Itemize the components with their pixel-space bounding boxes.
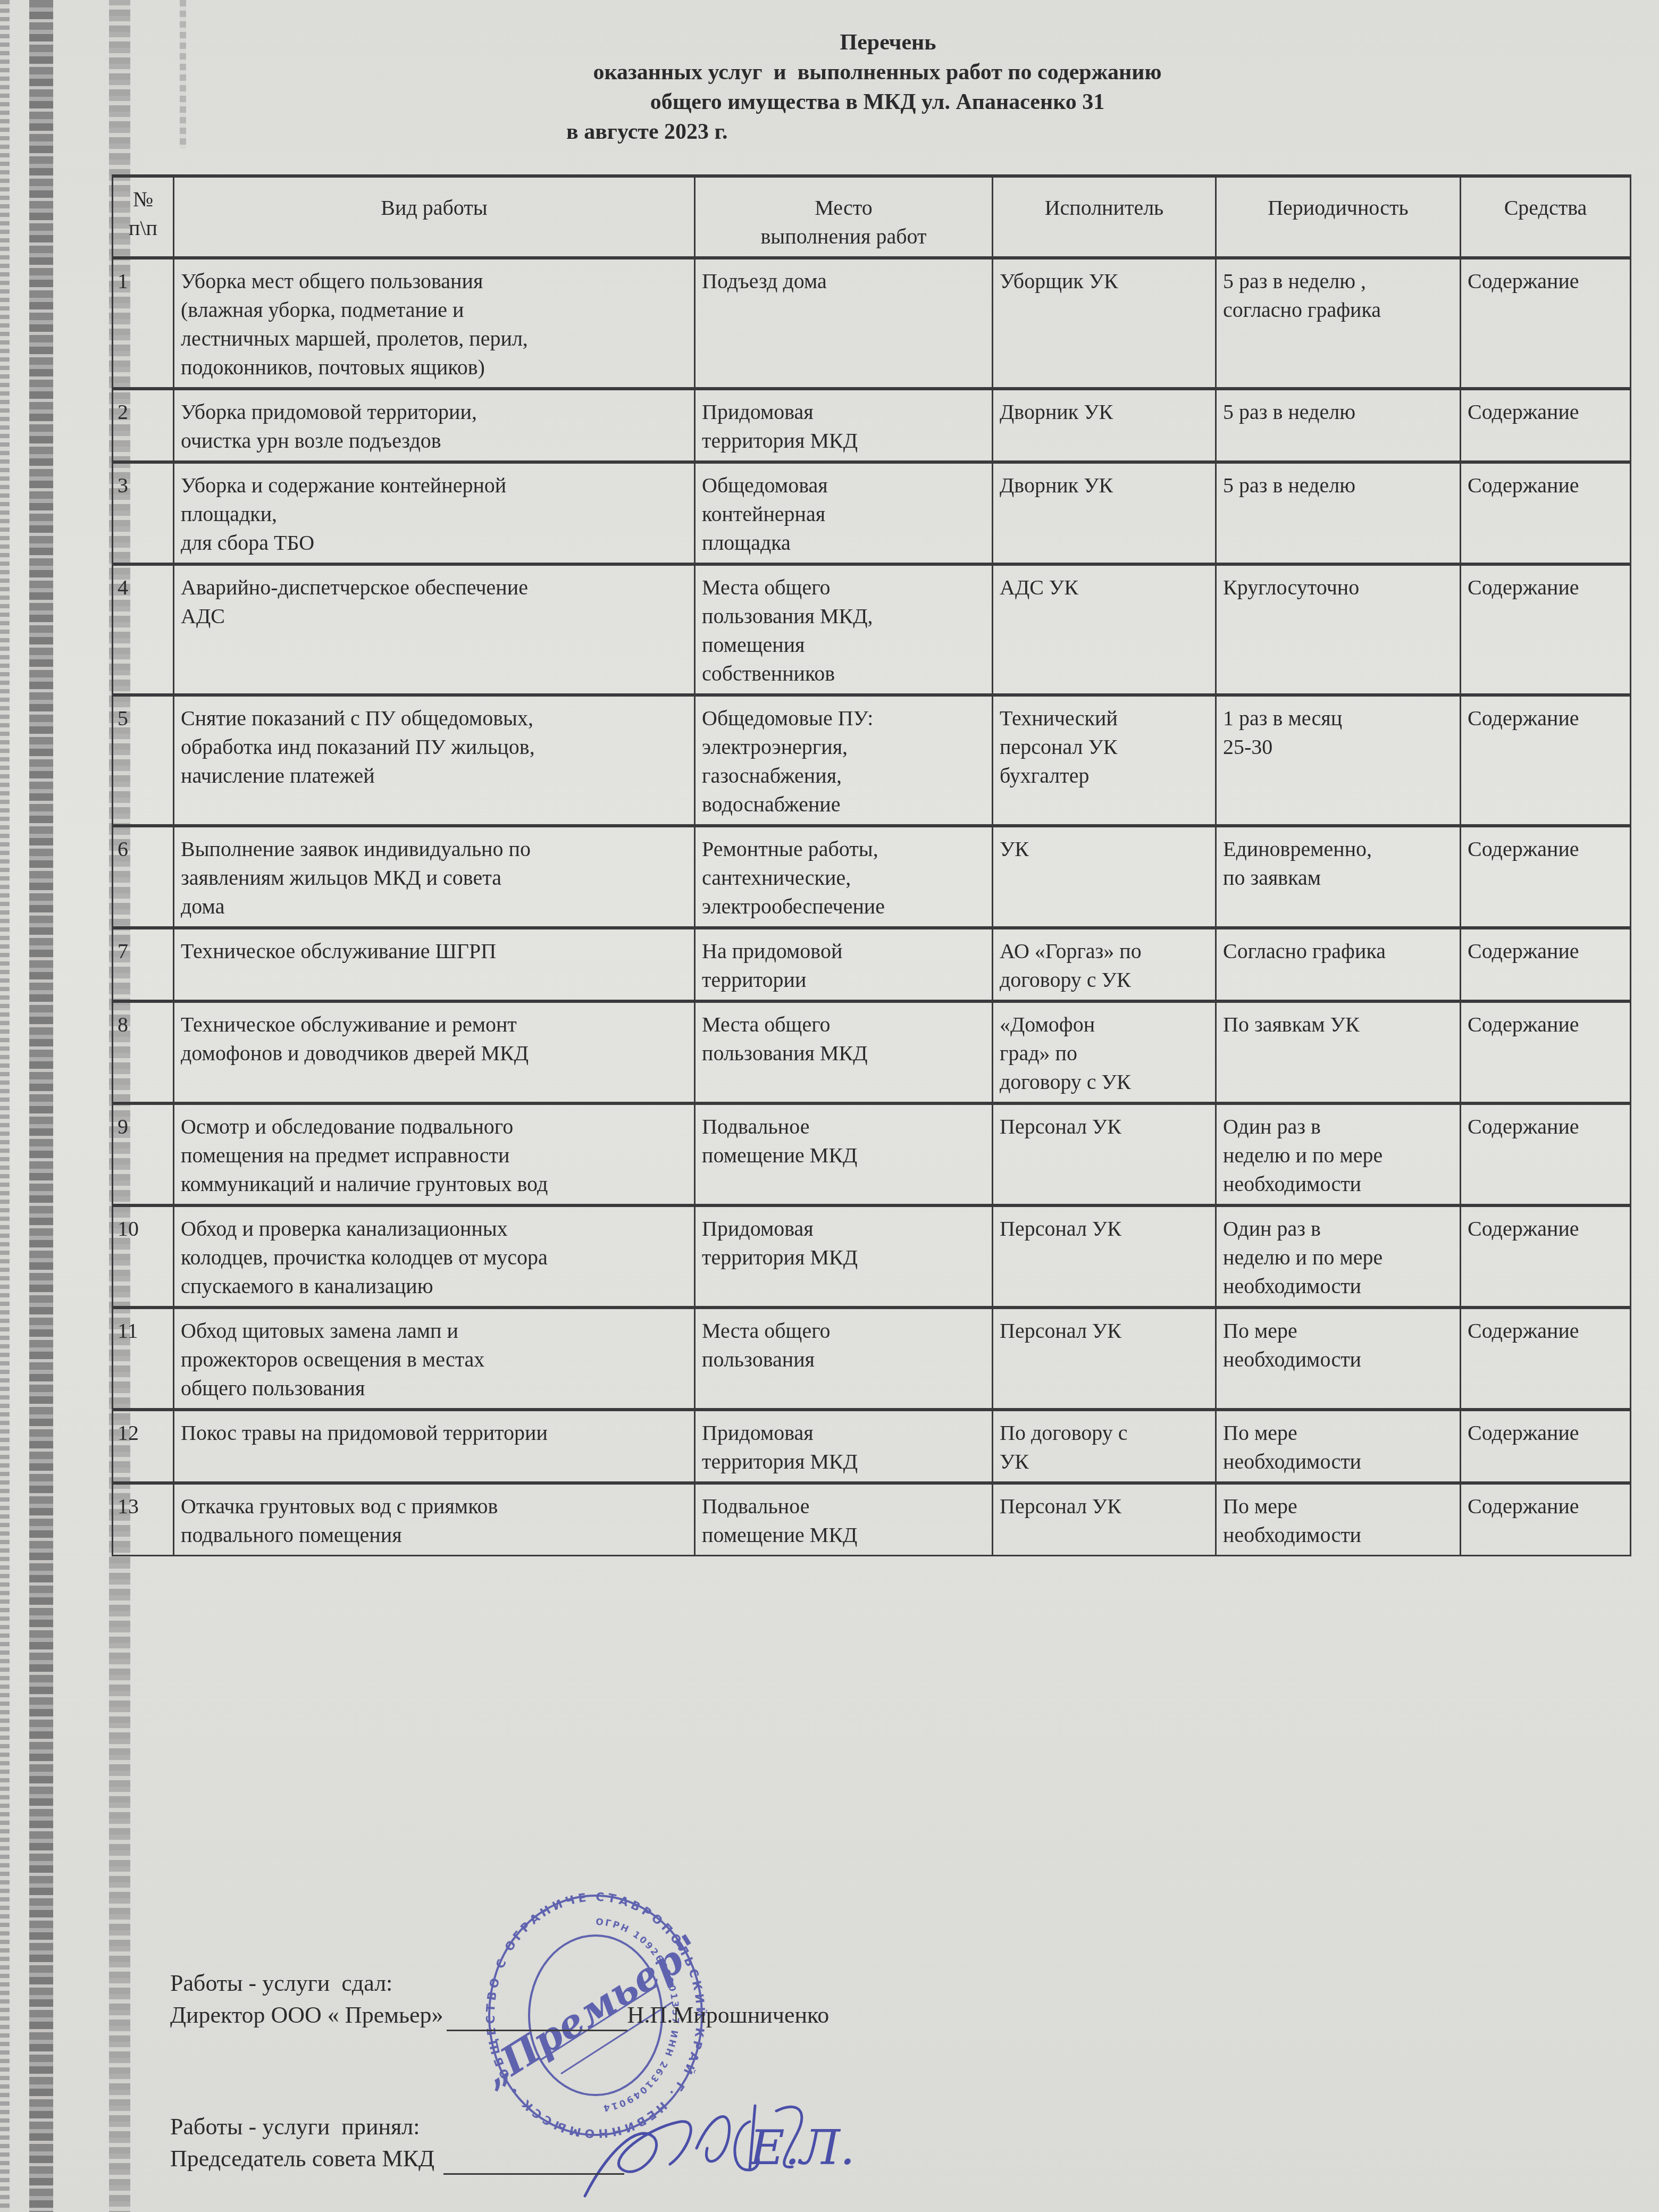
cell-periodicity: 5 раз в неделю [1216,389,1461,462]
director-name: Н.П.Мирошниченко [627,2002,829,2028]
cell-periodicity: Согласно графика [1216,928,1461,1001]
chairman-signature-line [443,2152,624,2175]
signatures-block: Работы - услуги сдал: Директор ООО « Пре… [170,1967,829,2175]
cell-executor: Персонал УК [993,1205,1216,1308]
table-row: 3Уборка и содержание контейнерной площад… [113,462,1631,564]
cell-funds: Содержание [1461,564,1631,695]
cell-periodicity: Круглосуточно [1216,564,1461,695]
cell-work: Откачка грунтовых вод с приямков подваль… [174,1483,695,1556]
cell-funds: Содержание [1461,1001,1631,1103]
cell-funds: Содержание [1461,826,1631,928]
cell-num: 4 [113,564,174,695]
cell-executor: «Домофон град» по договору с УК [993,1001,1216,1103]
header-funds: Средства [1461,176,1631,258]
cell-num: 8 [113,1001,174,1103]
cell-place: Придомовая территория МКД [695,1410,993,1483]
table-header-row: № п\п Вид работы Место выполнения работ … [113,176,1631,258]
cell-num: 1 [113,258,174,389]
cell-work: Осмотр и обследование подвального помеще… [174,1103,695,1205]
cell-periodicity: По мере необходимости [1216,1308,1461,1410]
cell-periodicity: По заявкам УК [1216,1001,1461,1103]
cell-executor: Уборщик УК [993,258,1216,389]
director-signature-line [447,2008,627,2031]
cell-place: На придомовой территории [695,928,993,1001]
table-row: 10Обход и проверка канализационных колод… [113,1205,1631,1308]
table-row: 7Техническое обслуживание ШГРПНа придомо… [113,928,1631,1001]
cell-work: Аварийно-диспетчерское обеспечение АДС [174,564,695,695]
cell-place: Подвальное помещение МКД [695,1483,993,1556]
cell-work: Уборка придомовой территории, очистка ур… [174,389,695,462]
table-row: 1Уборка мест общего пользования (влажная… [113,258,1631,389]
cell-executor: Дворник УК [993,462,1216,564]
cell-work: Выполнение заявок индивидуально по заявл… [174,826,695,928]
cell-work: Обход и проверка канализационных колодце… [174,1205,695,1308]
table-row: 6Выполнение заявок индивидуально по заяв… [113,826,1631,928]
table-row: 11Обход щитовых замена ламп и прожекторо… [113,1308,1631,1410]
table-row: 2Уборка придомовой территории, очистка у… [113,389,1631,462]
cell-periodicity: Один раз в неделю и по мере необходимост… [1216,1103,1461,1205]
title-line: оказанных услуг и выполненных работ по с… [479,57,1276,87]
cell-periodicity: Единовременно, по заявкам [1216,826,1461,928]
cell-funds: Содержание [1461,1103,1631,1205]
director-label: Директор ООО « Премьер» [170,2002,443,2028]
chairman-label: Председатель совета МКД [170,2146,434,2172]
cell-work: Техническое обслуживание ШГРП [174,928,695,1001]
scanned-page: Перечень оказанных услуг и выполненных р… [0,0,1659,2212]
cell-executor: Персонал УК [993,1308,1216,1410]
cell-place: Места общего пользования МКД [695,1001,993,1103]
cell-periodicity: 5 раз в неделю , согласно графика [1216,258,1461,389]
cell-funds: Содержание [1461,462,1631,564]
cell-place: Подвальное помещение МКД [695,1103,993,1205]
copier-streak [29,0,53,2212]
cell-work: Покос травы на придомовой территории [174,1410,695,1483]
cell-work: Уборка и содержание контейнерной площадк… [174,462,695,564]
title-line: в августе 2023 г. [479,117,1276,147]
cell-executor: По договору с УК [993,1410,1216,1483]
cell-periodicity: Один раз в неделю и по мере необходимост… [1216,1205,1461,1308]
cell-periodicity: По мере необходимости [1216,1483,1461,1556]
table-row: 5Снятие показаний с ПУ общедомовых, обра… [113,695,1631,826]
cell-funds: Содержание [1461,1410,1631,1483]
cell-num: 6 [113,826,174,928]
cell-place: Придомовая территория МКД [695,1205,993,1308]
copier-streak [180,0,186,149]
cell-work: Уборка мест общего пользования (влажная … [174,258,695,389]
header-executor: Исполнитель [993,176,1216,258]
cell-num: 11 [113,1308,174,1410]
cell-executor: АДС УК [993,564,1216,695]
header-work: Вид работы [174,176,695,258]
cell-funds: Содержание [1461,389,1631,462]
cell-funds: Содержание [1461,1308,1631,1410]
cell-num: 3 [113,462,174,564]
cell-place: Общедомовая контейнерная площадка [695,462,993,564]
header-num: № п\п [113,176,174,258]
document-title: Перечень оказанных услуг и выполненных р… [479,28,1276,147]
works-table: № п\п Вид работы Место выполнения работ … [112,174,1631,1556]
cell-funds: Содержание [1461,928,1631,1001]
cell-place: Подъезд дома [695,258,993,389]
cell-place: Места общего пользования [695,1308,993,1410]
cell-work: Обход щитовых замена ламп и прожекторов … [174,1308,695,1410]
cell-periodicity: 5 раз в неделю [1216,462,1461,564]
cell-place: Общедомовые ПУ: электроэнергия, газоснаб… [695,695,993,826]
cell-funds: Содержание [1461,1205,1631,1308]
cell-executor: Персонал УК [993,1103,1216,1205]
cell-funds: Содержание [1461,1483,1631,1556]
cell-num: 12 [113,1410,174,1483]
header-periodicity: Периодичность [1216,176,1461,258]
cell-executor: АО «Горгаз» по договору с УК [993,928,1216,1001]
cell-executor: Технический персонал УК бухгалтер [993,695,1216,826]
cell-place: Ремонтные работы, сантехнические, электр… [695,826,993,928]
cell-executor: УК [993,826,1216,928]
copier-streak [0,0,10,2212]
cell-executor: Дворник УК [993,389,1216,462]
director-line: Директор ООО « Премьер»Н.П.Мирошниченко [170,1999,829,2031]
cell-periodicity: По мере необходимости [1216,1410,1461,1483]
cell-periodicity: 1 раз в месяц 25-30 [1216,695,1461,826]
table-row: 4Аварийно-диспетчерское обеспечение АДСМ… [113,564,1631,695]
cell-num: 13 [113,1483,174,1556]
table-row: 9Осмотр и обследование подвального помещ… [113,1103,1631,1205]
cell-num: 9 [113,1103,174,1205]
title-line: Перечень [500,28,1276,57]
title-line: общего имущества в МКД ул. Апанасенко 31 [479,87,1276,117]
cell-work: Снятие показаний с ПУ общедомовых, обраб… [174,695,695,826]
cell-num: 10 [113,1205,174,1308]
table-row: 12Покос травы на придомовой территорииПр… [113,1410,1631,1483]
cell-funds: Содержание [1461,695,1631,826]
cell-num: 2 [113,389,174,462]
table-row: 8Техническое обслуживание и ремонт домоф… [113,1001,1631,1103]
cell-num: 7 [113,928,174,1001]
header-place: Место выполнения работ [695,176,993,258]
cell-work: Техническое обслуживание и ремонт домофо… [174,1001,695,1103]
cell-funds: Содержание [1461,258,1631,389]
chairman-line: Председатель совета МКД [170,2143,829,2175]
table-row: 13Откачка грунтовых вод с приямков подва… [113,1483,1631,1556]
handed-over-label: Работы - услуги сдал: [170,1967,829,1999]
accepted-label: Работы - услуги принял: [170,2111,829,2143]
cell-place: Придомовая территория МКД [695,389,993,462]
cell-num: 5 [113,695,174,826]
cell-place: Места общего пользования МКД, помещения … [695,564,993,695]
cell-executor: Персонал УК [993,1483,1216,1556]
